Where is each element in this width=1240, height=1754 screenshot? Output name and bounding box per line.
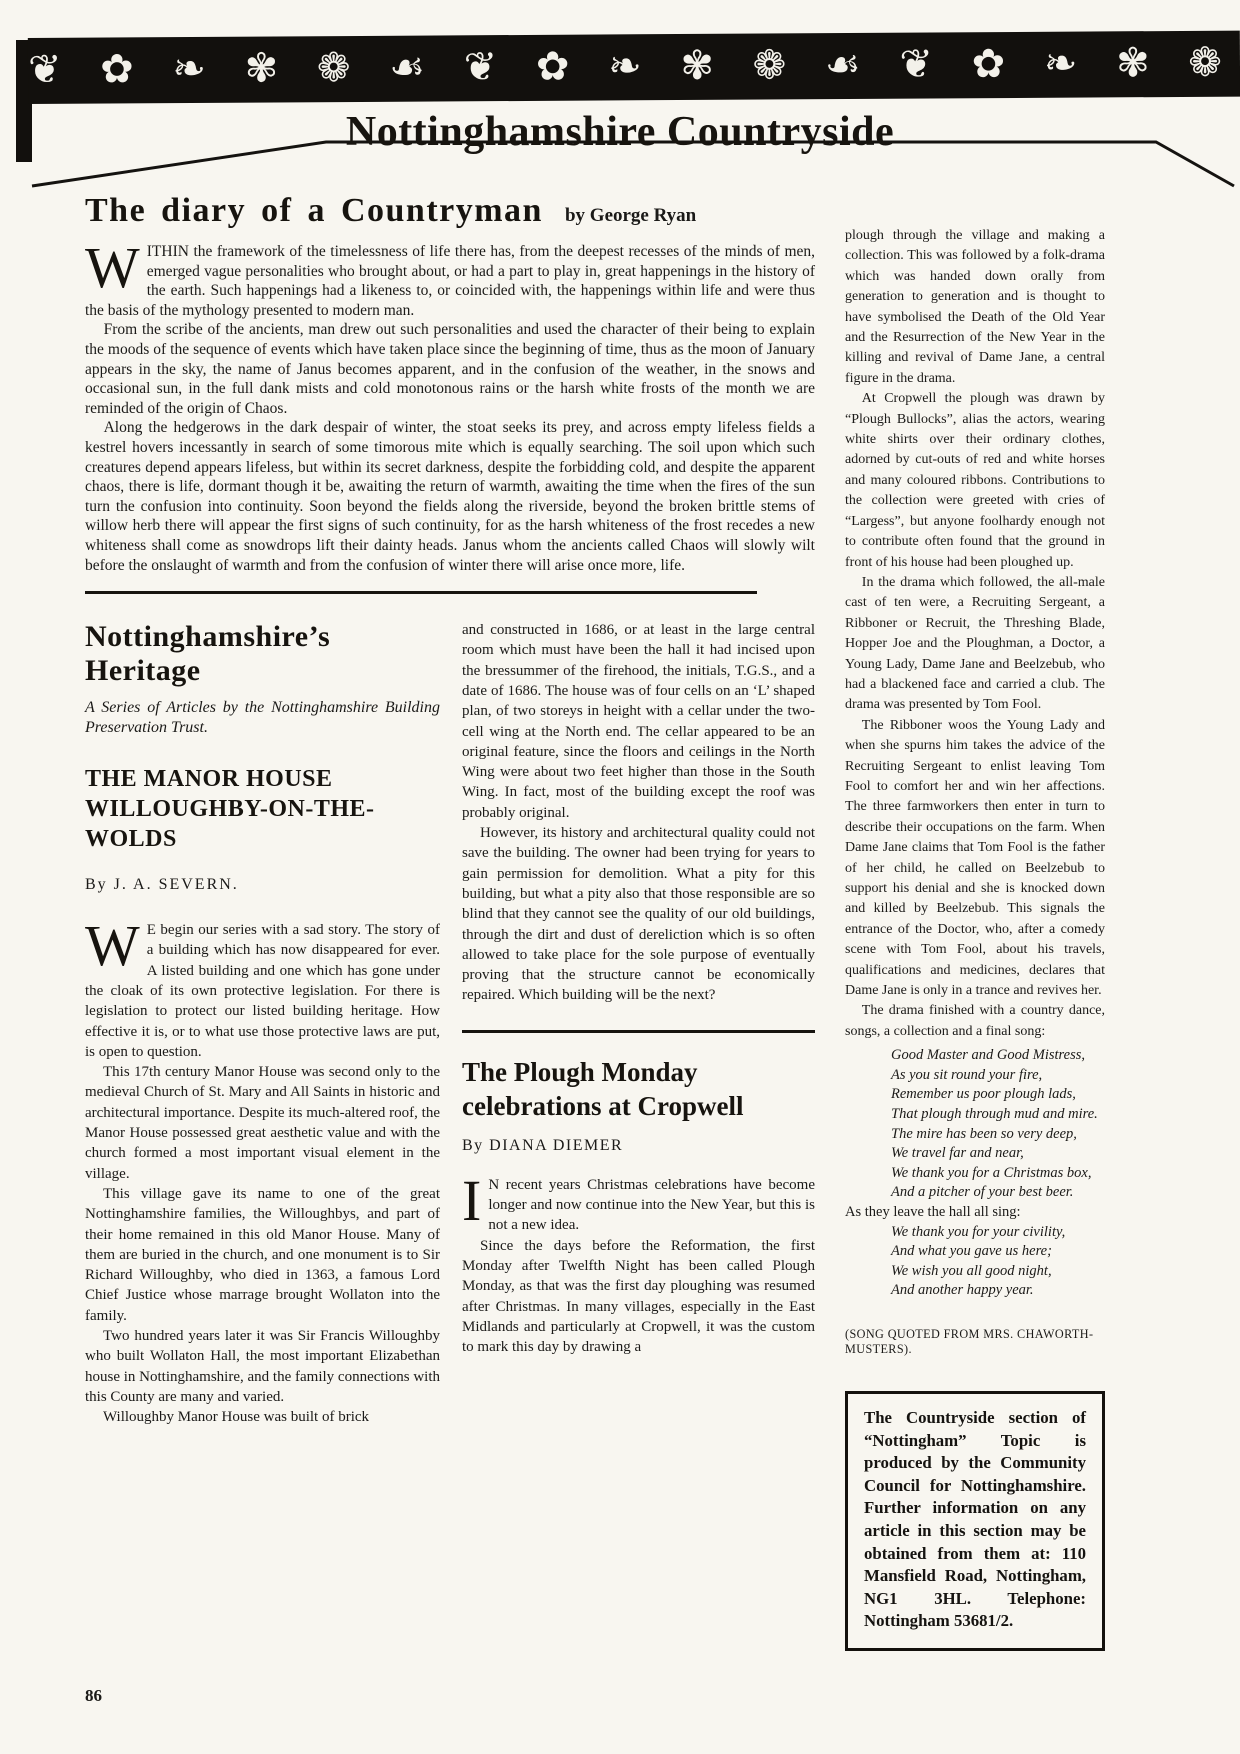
manor-body-column1: WE begin our series with a sad story. Th… [85,920,440,1427]
song-interlude: As they leave the hall all sing: [845,1203,1105,1223]
manor-paragraph: Willoughby Manor House was built of bric… [85,1407,440,1427]
article-diary-of-a-countryman: The diary of a Countryman by George Ryan… [85,192,815,575]
diary-header: The diary of a Countryman by George Ryan [85,192,815,230]
page-number: 86 [85,1686,102,1706]
song-line: Remember us poor plough lads, [891,1085,1105,1105]
manor-house-title: THE MANOR HOUSE WILLOUGHBY-ON-THE-WOLDS [85,764,440,854]
plough-paragraph: The drama finished with a country dance,… [845,1001,1105,1042]
plough-title-line2: celebrations at Cropwell [462,1091,743,1121]
song-line: And what you gave us here; [891,1242,1105,1262]
diary-paragraph: Along the hedgerows in the dark despair … [85,418,815,575]
song-line: We thank you for a Christmas box, [891,1164,1105,1184]
diary-title: The diary of a Countryman [85,192,543,230]
plough-body-column3: plough through the village and making a … [845,226,1105,1042]
section-divider-rule [85,591,757,594]
plough-paragraph: The Ribboner woos the Young Lady and whe… [845,716,1105,1002]
plough-song: Good Master and Good Mistress,As you sit… [845,1046,1105,1301]
magazine-page: ❦ ✿ ❧ ✾ ❁ ☙ ❦ ✿ ❧ ✾ ❁ ☙ ❦ ✿ ❧ ✾ ❁ ☙ ❦ ✿ … [0,0,1240,1754]
diary-paragraph: WITHIN the framework of the timelessness… [85,242,815,320]
plough-section-divider-rule [462,1030,815,1033]
heritage-section-title: Nottinghamshire’s Heritage [85,620,440,688]
manor-paragraph: This village gave its name to one of the… [85,1184,440,1326]
publication-title: Nottinghamshire Countryside [0,108,1240,156]
manor-body-column2: and constructed in 1686, or at least in … [462,620,815,1006]
manor-paragraph: WE begin our series with a sad story. Th… [85,920,440,1062]
manor-paragraph: Two hundred years later it was Sir Franc… [85,1326,440,1407]
plough-paragraph: Since the days before the Reformation, t… [462,1236,815,1358]
manor-title-line1: THE MANOR HOUSE [85,766,333,792]
plough-byline: By DIANA DIEMER [462,1137,815,1155]
song-line: The mire has been so very deep, [891,1125,1105,1145]
manor-title-line2: WILLOUGHBY-ON-THE-WOLDS [85,796,375,852]
song-line: We wish you all good night, [891,1262,1105,1282]
plough-paragraph: At Cropwell the plough was drawn by “Plo… [845,389,1105,573]
notice-box: The Countryside section of “Nottingham” … [845,1391,1105,1651]
song-line: And another happy year. [891,1281,1105,1301]
manor-paragraph: This 17th century Manor House was second… [85,1062,440,1184]
song-line: As you sit round your fire, [891,1066,1105,1086]
song-verse-2: We thank you for your civility,And what … [845,1223,1105,1301]
notice-text: The Countryside section of “Nottingham” … [864,1407,1086,1633]
manor-paragraph: and constructed in 1686, or at least in … [462,620,815,823]
plough-paragraph: IN recent years Christmas celebrations h… [462,1175,815,1236]
diary-body: WITHIN the framework of the timelessness… [85,242,815,575]
song-line: We travel far and near, [891,1144,1105,1164]
lower-columns: Nottinghamshire’s Heritage A Series of A… [85,620,815,1427]
song-line: Good Master and Good Mistress, [891,1046,1105,1066]
plough-title-line1: The Plough Monday [462,1057,698,1087]
manor-paragraph: However, its history and architectural q… [462,823,815,1006]
plough-paragraph: In the drama which followed, the all-mal… [845,573,1105,716]
song-line: And a pitcher of your best beer. [891,1183,1105,1203]
right-column: plough through the village and making a … [845,192,1105,1651]
song-line: That plough through mud and mire. [891,1105,1105,1125]
plough-intro-body: IN recent years Christmas celebrations h… [462,1175,815,1358]
plough-paragraph: plough through the village and making a … [845,226,1105,389]
floral-border-ornament-icon: ❦ ✿ ❧ ✾ ❁ ☙ ❦ ✿ ❧ ✾ ❁ ☙ ❦ ✿ ❧ ✾ ❁ ☙ ❦ ✿ … [28,31,1240,104]
manor-byline: By J. A. SEVERN. [85,876,440,894]
page-content: The diary of a Countryman by George Ryan… [85,192,1105,1651]
diary-byline: by George Ryan [565,205,696,227]
heritage-series-note: A Series of Articles by the Nottinghamsh… [85,698,440,738]
heritage-column: Nottinghamshire’s Heritage A Series of A… [85,620,440,1427]
left-area: The diary of a Countryman by George Ryan… [85,192,815,1651]
middle-column: and constructed in 1686, or at least in … [462,620,815,1427]
song-credit: (SONG QUOTED FROM MRS. CHAWORTH-MUSTERS)… [845,1327,1105,1357]
song-line: We thank you for your civility, [891,1223,1105,1243]
diary-paragraph: From the scribe of the ancients, man dre… [85,320,815,418]
plough-article-title: The Plough Monday celebrations at Cropwe… [462,1055,815,1123]
song-verse-1: Good Master and Good Mistress,As you sit… [845,1046,1105,1203]
